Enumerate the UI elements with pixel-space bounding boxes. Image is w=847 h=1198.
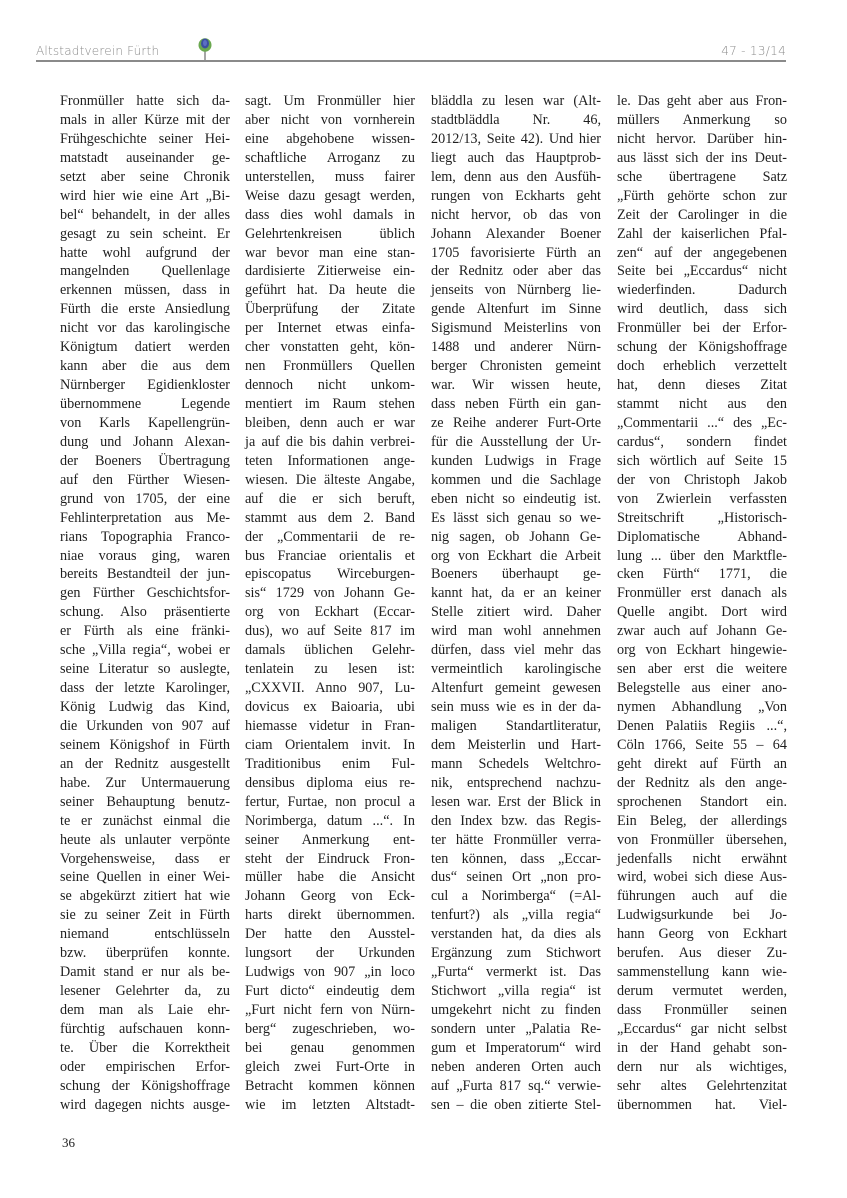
text-line: auf den Fürther Wiesen-	[60, 471, 230, 490]
text-line: dus“ seinen Ort „non pro-	[431, 868, 601, 887]
text-line: berufen. Aus dieser Zu-	[617, 944, 787, 963]
text-line: Fronmüller erst danach als	[617, 584, 787, 603]
text-line: fertur, Furtae, non procul a	[245, 793, 415, 812]
text-line: eben nicht so eindeutig ist.	[431, 490, 601, 509]
text-line: Fehlinterpretation aus Me-	[60, 509, 230, 528]
text-line: tenlatein zu lesen ist:	[245, 660, 415, 679]
text-line: müllers Anmerkung so	[617, 111, 787, 130]
text-line: gende Altenfurt im Sinne	[431, 300, 601, 319]
text-line: geführt hat. Da heute die	[245, 281, 415, 300]
text-line: Quelle angibt. Dort wird	[617, 603, 787, 622]
text-line: wiesen. Die älteste Angabe,	[245, 471, 415, 490]
tree-logo-icon	[198, 38, 212, 60]
text-line: Fürth die erste Ansiedlung	[60, 300, 230, 319]
text-line: „Commentarii ...“ des „Ec-	[617, 414, 787, 433]
text-line: aber nicht von vornherein	[245, 111, 415, 130]
text-line: seine Literatur so auslegte,	[60, 660, 230, 679]
text-line: damals üblichen Gelehr-	[245, 641, 415, 660]
text-line: dung und Johann Alexan-	[60, 433, 230, 452]
text-line: episcopatus Wirceburgen-	[245, 565, 415, 584]
text-line: Traditionibus enim Ful-	[245, 755, 415, 774]
text-line: teten Informationen ange-	[245, 452, 415, 471]
text-line: niemand entschlüsseln	[60, 925, 230, 944]
text-line: übernommen hat. Viel-	[617, 1096, 787, 1115]
text-line: ja auf die bis dahin verbrei-	[245, 433, 415, 452]
text-line: nig sagen, ob Johann Ge-	[431, 528, 601, 547]
text-line: sammenstellung kann wie-	[617, 963, 787, 982]
text-line: hann Georg von Eckhart	[617, 925, 787, 944]
text-line: setzt aber seine Chronik	[60, 168, 230, 187]
text-line: neben anderen Orten auch	[431, 1058, 601, 1077]
text-line: bzw. überprüfen konnte.	[60, 944, 230, 963]
text-line: geht direkt auf Fürth an	[617, 755, 787, 774]
text-line: Belegstelle aus einer ano-	[617, 679, 787, 698]
text-line: seine Quellen in einer Wei-	[60, 868, 230, 887]
text-column-4: le. Das geht aber aus Fron-müllers Anmer…	[617, 92, 787, 1115]
text-line: org von Eckhart die Arbeit	[431, 547, 601, 566]
text-line: führungen auch auf die	[617, 887, 787, 906]
text-line: dass der letzte Karolinger,	[60, 679, 230, 698]
text-line: auf die er sich beruft,	[245, 490, 415, 509]
text-line: von Karls Kapellengrün-	[60, 414, 230, 433]
text-line: wird man wohl annehmen	[431, 622, 601, 641]
text-line: lungsort der Urkunden	[245, 944, 415, 963]
text-line: wird, wobei sich diese Aus-	[617, 868, 787, 887]
text-line: unterstellen, muss fairer	[245, 168, 415, 187]
text-line: von Zwierlein verfassten	[617, 490, 787, 509]
text-line: maligen Standartliteratur,	[431, 717, 601, 736]
text-line: Ludwigsurkunde bei Jo-	[617, 906, 787, 925]
text-line: se abgekürzt zitiert hat wie	[60, 887, 230, 906]
text-line: seiner Behauptung benutz-	[60, 793, 230, 812]
text-line: zwar auch auf Johann Ge-	[617, 622, 787, 641]
text-line: stammt nicht aus den	[617, 395, 787, 414]
text-line: Fronmüller hatte sich da-	[60, 92, 230, 111]
text-line: te. Über die Korrektheit	[60, 1039, 230, 1058]
text-line: Der hatte den Ausstel-	[245, 925, 415, 944]
text-line: „Furta“ vermerkt ist. Das	[431, 963, 601, 982]
text-line: schung der Königshoffrage	[60, 1077, 230, 1096]
text-line: harts direkt übernommen.	[245, 906, 415, 925]
text-line: schaftliche Arroganz zu	[245, 149, 415, 168]
text-line: sich wörtlich auf Seite 15	[617, 452, 787, 471]
text-line: sagt. Um Fronmüller hier	[245, 92, 415, 111]
text-line: densibus diploma eius re-	[245, 774, 415, 793]
text-line: Norimberga, datum ...“. In	[245, 812, 415, 831]
text-line: dovicus ex Baioaria, ubi	[245, 698, 415, 717]
text-line: lem, denn aus den Ausfüh-	[431, 168, 601, 187]
text-line: lesen war. Erst der Blick in	[431, 793, 601, 812]
text-line: berger Chronisten gemeint	[431, 357, 601, 376]
text-line: Sigismund Meisterlins von	[431, 319, 601, 338]
text-line: wird deutlich, dass sich	[617, 300, 787, 319]
text-line: Damit stand er nur als be-	[60, 963, 230, 982]
text-line: für die Ausstellung der Ur-	[431, 433, 601, 452]
text-line: sprochenen Standort ein.	[617, 793, 787, 812]
text-line: wird dagegen nichts ausge-	[60, 1096, 230, 1115]
text-line: sie zu seiner Zeit in Fürth	[60, 906, 230, 925]
issue-number: 47 - 13/14	[721, 44, 786, 58]
text-line: Ludwigs von 907 „in loco	[245, 963, 415, 982]
text-line: aus lässt sich der ins Deut-	[617, 149, 787, 168]
text-line: grund von 1705, der eine	[60, 490, 230, 509]
text-line: auf „Furta 817 sq.“ verwie-	[431, 1077, 601, 1096]
text-line: wird hier wie eine Art „Bi-	[60, 187, 230, 206]
text-line: sen aber erst die weitere	[617, 660, 787, 679]
text-line: matstadt auseinander ge-	[60, 149, 230, 168]
text-line: ze Reihe anderer Furt-Orte	[431, 414, 601, 433]
text-line: sen – die oben zitierte Stel-	[431, 1096, 601, 1115]
text-line: Johann Georg von Eck-	[245, 887, 415, 906]
text-line: Es lässt sich genau so we-	[431, 509, 601, 528]
text-line: der Rednitz als den ange-	[617, 774, 787, 793]
text-line: Stichwort „villa regia“ ist	[431, 982, 601, 1001]
text-line: cardus“, sondern findet	[617, 433, 787, 452]
text-line: hiemasse videtur in Fran-	[245, 717, 415, 736]
text-line: stammt aus dem 2. Band	[245, 509, 415, 528]
text-line: dennoch nicht unkom-	[245, 376, 415, 395]
text-line: Streitschrift „Historisch-	[617, 509, 787, 528]
text-line: bel“ behandelt, in der alles	[60, 206, 230, 225]
text-line: der Boeners Übertragung	[60, 452, 230, 471]
text-line: fürchtig aufschauen konn-	[60, 1020, 230, 1039]
text-line: war. Wir wissen heute,	[431, 376, 601, 395]
text-line: nicht hervor, ob das von	[431, 206, 601, 225]
text-line: schung der Königshoffrage	[617, 338, 787, 357]
text-line: „Fürth gehörte schon zur	[617, 187, 787, 206]
text-line: Seite bei „Eccardus“ nicht	[617, 262, 787, 281]
text-column-2: sagt. Um Fronmüller hieraber nicht von v…	[245, 92, 415, 1115]
text-line: nicht vor das karolingische	[60, 319, 230, 338]
text-column-3: bläddla zu lesen war (Alt-stadtbläddla N…	[431, 92, 601, 1115]
text-line: Zahl der kaiserlichen Pfal-	[617, 225, 787, 244]
text-line: habe. Zur Untermauerung	[60, 774, 230, 793]
text-line: „Furt nicht fern von Nürn-	[245, 1001, 415, 1020]
text-line: dern nur als wichtiges,	[617, 1058, 787, 1077]
text-line: bus Franciae orientalis et	[245, 547, 415, 566]
text-line: dass dies wohl damals in	[245, 206, 415, 225]
text-line: hat, denn dieses Zitat	[617, 376, 787, 395]
text-line: zen“ auf der angegebenen	[617, 244, 787, 263]
text-line: org von Eckhart (Eccar-	[245, 603, 415, 622]
text-line: Zeit der Carolinger in die	[617, 206, 787, 225]
text-line: vermeintlich karolingische	[431, 660, 601, 679]
text-line: Frühgeschichte seiner Hei-	[60, 130, 230, 149]
text-line: bereits Bestandteil der jun-	[60, 565, 230, 584]
text-line: Ein Beleg, der allerdings	[617, 812, 787, 831]
text-line: berg“ zugeschrieben, wo-	[245, 1020, 415, 1039]
text-line: doch erheblich verzettelt	[617, 357, 787, 376]
text-line: kommen und die Sachlage	[431, 471, 601, 490]
running-header: Altstadtverein Fürth 47 - 13/14	[36, 38, 786, 62]
text-line: dem Meisterlin und Hart-	[431, 736, 601, 755]
text-line: Betracht kommen können	[245, 1077, 415, 1096]
text-line: le. Das geht aber aus Fron-	[617, 92, 787, 111]
text-line: dass Fronmüller seinen	[617, 1001, 787, 1020]
text-line: Gelehrtenkreisen üblich	[245, 225, 415, 244]
text-line: von Fronmüller übersehen,	[617, 831, 787, 850]
article-body: Fronmüller hatte sich da-mals in aller K…	[60, 92, 783, 1137]
text-line: cken Fürth“ 1771, die	[617, 565, 787, 584]
text-line: wiederfinden. Dadurch	[617, 281, 787, 300]
text-line: ciam Orientalem invit. In	[245, 736, 415, 755]
text-line: rians Topographia Franco-	[60, 528, 230, 547]
text-line: sche übertragene Satz	[617, 168, 787, 187]
text-line: dardisierte Zitierweise ein-	[245, 262, 415, 281]
text-line: dürfen, dass viel mehr das	[431, 641, 601, 660]
text-line: dus), wo auf Seite 817 im	[245, 622, 415, 641]
text-line: stadtbläddla Nr. 46,	[431, 111, 601, 130]
text-line: mann Schedels Weltchro-	[431, 755, 601, 774]
text-line: eine abgehobene wissen-	[245, 130, 415, 149]
text-line: sche „Villa regia“, wobei er	[60, 641, 230, 660]
text-line: schung. Also präsentierte	[60, 603, 230, 622]
text-line: war bevor man eine stan-	[245, 244, 415, 263]
text-line: dass neben Fürth ein gan-	[431, 395, 601, 414]
text-line: der von Christoph Jakob	[617, 471, 787, 490]
text-line: „Eccardus“ gar nicht selbst	[617, 1020, 787, 1039]
text-line: die Urkunden von 907 auf	[60, 717, 230, 736]
text-line: derum vermutet werden,	[617, 982, 787, 1001]
text-column-1: Fronmüller hatte sich da-mals in aller K…	[60, 92, 230, 1115]
text-line: sein muss wie es in der da-	[431, 698, 601, 717]
text-line: sehr altes Gelehrtenzitat	[617, 1077, 787, 1096]
text-line: Nürnberger Egidienkloster	[60, 376, 230, 395]
text-line: Stelle zitiert wird. Daher	[431, 603, 601, 622]
text-line: Johann Alexander Boener	[431, 225, 601, 244]
text-line: Boeners überhaupt ge-	[431, 565, 601, 584]
text-line: jenseits von Nürnberg lie-	[431, 281, 601, 300]
text-line: kann aber die aus dem	[60, 357, 230, 376]
text-line: sis“ 1729 von Johann Ge-	[245, 584, 415, 603]
text-line: verstanden hat, da dies als	[431, 925, 601, 944]
text-line: gleich zwei Furt-Orte in	[245, 1058, 415, 1077]
text-line: per Internet etwas einfa-	[245, 319, 415, 338]
text-line: te er zunächst einmal die	[60, 812, 230, 831]
text-line: Diplomatische Abhand-	[617, 528, 787, 547]
text-line: kannt hat, da er an keiner	[431, 584, 601, 603]
text-line: 1705 favorisierte Fürth an	[431, 244, 601, 263]
text-line: übernommene Legende	[60, 395, 230, 414]
text-line: Ergänzung zum Stichwort	[431, 944, 601, 963]
text-line: oder empirischen Erfor-	[60, 1058, 230, 1077]
text-line: ten können, dass „Eccar-	[431, 850, 601, 869]
text-line: Königtum datiert werden	[60, 338, 230, 357]
text-line: cher vonstatten geht, kön-	[245, 338, 415, 357]
text-line: hatte wohl aufgrund der	[60, 244, 230, 263]
text-line: der „Commentarii de re-	[245, 528, 415, 547]
text-line: 2012/13, Seite 42). Und hier	[431, 130, 601, 149]
text-line: umgekehrt nicht zu finden	[431, 1001, 601, 1020]
text-line: bei genau genommen	[245, 1039, 415, 1058]
text-line: Überprüfung der Zitate	[245, 300, 415, 319]
text-line: cul a Norimberga“ (=Al-	[431, 887, 601, 906]
text-line: lung ... über den Marktfle-	[617, 547, 787, 566]
publisher-name: Altstadtverein Fürth	[36, 44, 159, 58]
text-line: gen Fürther Geschichtsfor-	[60, 584, 230, 603]
text-line: Fronmüller bei der Erfor-	[617, 319, 787, 338]
text-line: bläddla zu lesen war (Alt-	[431, 92, 601, 111]
text-line: jedenfalls nicht erwähnt	[617, 850, 787, 869]
text-line: müller habe die Ansicht	[245, 868, 415, 887]
text-line: seiner Anmerkung ent-	[245, 831, 415, 850]
text-line: lesener Gelehrter da, zu	[60, 982, 230, 1001]
text-line: Vorgehensweise, dass er	[60, 850, 230, 869]
text-line: steht der Eindruck Fron-	[245, 850, 415, 869]
text-line: mentiert im Raum stehen	[245, 395, 415, 414]
text-line: 1488 und anderer Nürn-	[431, 338, 601, 357]
text-line: bleiben, denn auch er war	[245, 414, 415, 433]
text-line: sondern unter „Palatia Re-	[431, 1020, 601, 1039]
text-line: nik, entsprechend nachzu-	[431, 774, 601, 793]
text-line: in der Hand gehabt son-	[617, 1039, 787, 1058]
text-line: rungen von Eckharts geht	[431, 187, 601, 206]
text-line: Weise dazu gesagt werden,	[245, 187, 415, 206]
text-line: nymen Abhandlung „Von	[617, 698, 787, 717]
text-line: mangelnden Quellenlage	[60, 262, 230, 281]
text-line: König Ludwig das Kind,	[60, 698, 230, 717]
text-line: gesagt zu sein scheint. Er	[60, 225, 230, 244]
text-line: kunden Ludwigs in Frage	[431, 452, 601, 471]
text-line: „CXXVII. Anno 907, Lu-	[245, 679, 415, 698]
text-line: Furt dicto“ eindeutig dem	[245, 982, 415, 1001]
text-line: org von Eckhart hingewie-	[617, 641, 787, 660]
text-line: den Index bzw. das Regis-	[431, 812, 601, 831]
text-line: liegt auch das Hauptprob-	[431, 149, 601, 168]
text-line: gum et Imperatorum“ wird	[431, 1039, 601, 1058]
text-line: Cöln 1766, Seite 55 – 64	[617, 736, 787, 755]
text-line: ter hätte Fronmüller verra-	[431, 831, 601, 850]
text-line: Altenfurt gemeint gewesen	[431, 679, 601, 698]
text-line: tenfurt?) als „villa regia“	[431, 906, 601, 925]
text-line: der Rednitz oder aber das	[431, 262, 601, 281]
text-line: dem man als Laie ehr-	[60, 1001, 230, 1020]
text-line: Denen Palatiis Regiis ...“,	[617, 717, 787, 736]
text-line: wie im letzten Altstadt-	[245, 1096, 415, 1115]
page-number: 36	[62, 1135, 75, 1151]
text-line: nen Fronmüllers Quellen	[245, 357, 415, 376]
text-line: an der Rednitz ausgestellt	[60, 755, 230, 774]
text-line: niae voraus ging, waren	[60, 547, 230, 566]
text-line: heute als unlauter verpönte	[60, 831, 230, 850]
text-line: er Fürth als eine fränki-	[60, 622, 230, 641]
text-line: seinem Königshof in Fürth	[60, 736, 230, 755]
text-line: mals in aller Kürze mit der	[60, 111, 230, 130]
text-line: nicht hervor. Darüber hin-	[617, 130, 787, 149]
text-line: erkennen müssen, dass in	[60, 281, 230, 300]
